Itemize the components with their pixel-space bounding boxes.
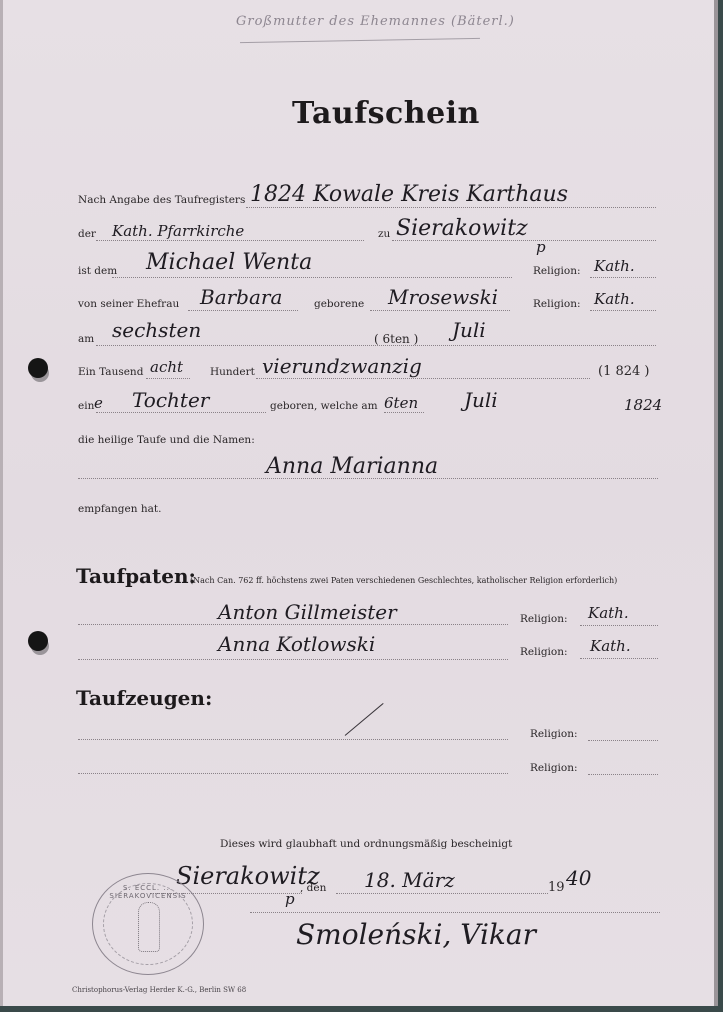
publisher-footer: Christophorus-Verlag Herder K.-G., Berli… bbox=[72, 986, 246, 994]
label-geborene: geborene bbox=[314, 298, 364, 310]
field-line-cert-date bbox=[336, 893, 548, 894]
year-number-value: (1 824 ) bbox=[598, 364, 650, 379]
signature: Smoleński, Vikar bbox=[296, 918, 536, 951]
godparent-2-religion-label: Religion: bbox=[520, 646, 568, 658]
godparent-1-religion-label: Religion: bbox=[520, 613, 568, 625]
field-line-witness-2-religion bbox=[588, 774, 658, 775]
cert-place-mark: p bbox=[285, 890, 295, 908]
field-line-mother-religion bbox=[590, 310, 656, 311]
field-line-year-word bbox=[256, 378, 590, 379]
register-value: 1824 Kowale Kreis Karthaus bbox=[250, 182, 568, 207]
pencil-underline bbox=[240, 38, 480, 43]
label-geboren-welche-am: geboren, welche am bbox=[270, 400, 378, 412]
label-empfangen: empfangen hat. bbox=[78, 503, 161, 515]
label-der: der bbox=[78, 228, 96, 240]
field-line-church bbox=[96, 240, 364, 241]
field-line-maiden bbox=[370, 310, 510, 311]
child-value: Tochter bbox=[132, 388, 209, 412]
hundreds-value: acht bbox=[150, 358, 183, 376]
names-value: Anna Marianna bbox=[266, 454, 438, 479]
document-title: Taufschein bbox=[292, 96, 480, 131]
baptism-day-value: 6ten bbox=[384, 394, 418, 412]
field-line-baptism-day bbox=[384, 412, 424, 413]
label-am: am bbox=[78, 333, 94, 345]
label-ein-tausend: Ein Tausend bbox=[78, 366, 143, 378]
month-value: Juli bbox=[452, 318, 486, 342]
church-value: Kath. Pfarrkirche bbox=[112, 222, 244, 240]
label-zu: zu bbox=[378, 228, 390, 240]
father-value: Michael Wenta bbox=[146, 250, 312, 275]
label-religion-father: Religion: bbox=[533, 265, 581, 277]
label-register: Nach Angabe des Taufregisters bbox=[78, 194, 245, 206]
mother-value: Barbara bbox=[200, 285, 282, 309]
ein-suffix: e bbox=[94, 394, 103, 412]
field-line-hundreds bbox=[146, 378, 190, 379]
hole-punch-bottom bbox=[28, 631, 48, 651]
godparents-note: (Nach Can. 762 ff. höchstens zwei Paten … bbox=[190, 576, 617, 585]
field-line-mother bbox=[188, 310, 298, 311]
field-line-register bbox=[246, 207, 656, 208]
field-line-godparent-2-religion bbox=[580, 658, 658, 659]
day-word-value: sechsten bbox=[112, 318, 201, 342]
godparents-heading: Taufpaten: bbox=[76, 564, 196, 588]
hole-punch-top bbox=[28, 358, 48, 378]
place-value: Sierakowitz bbox=[396, 216, 528, 241]
cert-year-suffix: 40 bbox=[566, 866, 591, 890]
label-religion-mother: Religion: bbox=[533, 298, 581, 310]
strike-through-mark bbox=[345, 703, 384, 736]
field-line-father bbox=[112, 277, 512, 278]
father-religion-value: Kath. bbox=[594, 257, 635, 275]
godparent-1-religion: Kath. bbox=[588, 604, 629, 622]
page-edge-left bbox=[0, 0, 3, 1006]
field-line-witness-1-religion bbox=[588, 740, 658, 741]
godparent-2-religion: Kath. bbox=[590, 637, 631, 655]
seal-text: S. ECCL. ... SIERAKOVICENSIS bbox=[93, 884, 203, 900]
page-edge-right bbox=[714, 0, 718, 1006]
label-taufe-namen: die heilige Taufe und die Namen: bbox=[78, 434, 255, 446]
field-line-witness-1 bbox=[78, 739, 508, 740]
field-line-godparent-1 bbox=[78, 624, 508, 625]
mother-maiden-value: Mrosewski bbox=[388, 285, 498, 309]
place-mark: p bbox=[536, 238, 546, 256]
baptism-month-value: Juli bbox=[464, 388, 498, 412]
cert-date-value: 18. März bbox=[364, 868, 455, 892]
witnesses-heading: Taufzeugen: bbox=[76, 686, 212, 710]
witness-2-religion-label: Religion: bbox=[530, 762, 578, 774]
pencil-annotation: Großmutter des Ehemannes (Bäterl.) bbox=[236, 14, 515, 29]
seal-figure-icon bbox=[138, 902, 160, 952]
mother-religion-value: Kath. bbox=[594, 290, 635, 308]
label-hundert: Hundert bbox=[210, 366, 255, 378]
godparent-2-name: Anna Kotlowski bbox=[218, 632, 375, 656]
baptism-certificate-page: Großmutter des Ehemannes (Bäterl.) Taufs… bbox=[0, 0, 718, 1006]
field-line-child bbox=[96, 412, 266, 413]
label-den: , den bbox=[300, 882, 326, 894]
label-ist-dem: ist dem bbox=[78, 265, 117, 277]
year-word-value: vierundzwanzig bbox=[262, 354, 422, 378]
field-line-godparent-2 bbox=[78, 659, 508, 660]
field-line-father-religion bbox=[590, 277, 656, 278]
label-ehefrau: von seiner Ehefrau bbox=[78, 298, 179, 310]
baptism-year-value: 1824 bbox=[624, 396, 662, 414]
field-line-signature bbox=[250, 912, 660, 913]
godparent-1-name: Anton Gillmeister bbox=[218, 600, 397, 624]
parish-seal: S. ECCL. ... SIERAKOVICENSIS bbox=[92, 873, 204, 975]
field-line-witness-2 bbox=[78, 773, 508, 774]
day-number-value: ( 6ten ) bbox=[374, 332, 418, 346]
witness-1-religion-label: Religion: bbox=[530, 728, 578, 740]
label-ein: ein bbox=[78, 400, 94, 412]
field-line-godparent-1-religion bbox=[580, 625, 658, 626]
cert-year-prefix: 19 bbox=[548, 880, 565, 895]
certification-statement: Dieses wird glaubhaft und ordnungsmäßig … bbox=[220, 838, 512, 850]
